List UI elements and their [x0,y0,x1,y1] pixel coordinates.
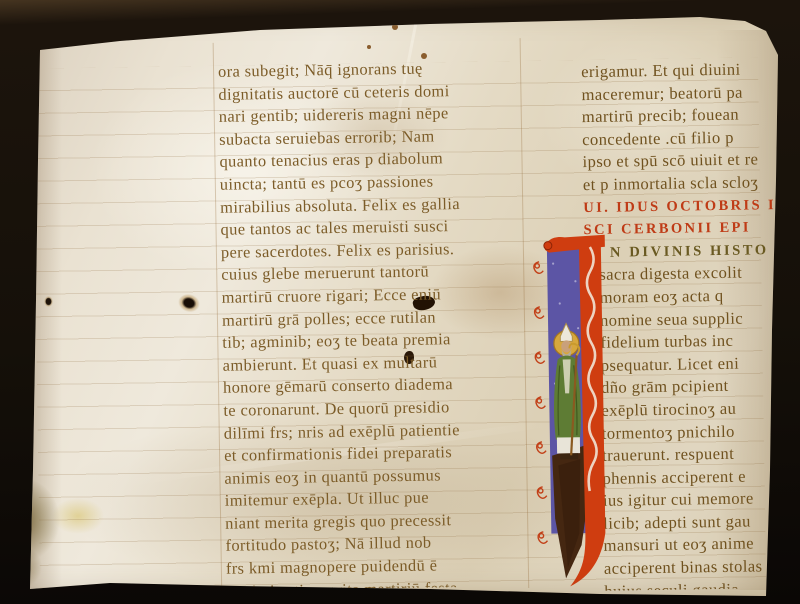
parchment-leaf: ora subegit; Nāq̄ ignorans tuę dignitati… [0,0,800,604]
text-line: acciperent binas stolas [589,555,785,581]
text-line: frs kmi magnopere puidendū ē [226,554,466,580]
text-line: fidelium turbas inc [585,329,781,355]
text-line: maceremur; beatorū pa [581,81,777,107]
text-line: tib; agminib; eoʒ te beata premia [222,328,462,354]
incipit-line: N DIVINIS HISTO [584,239,780,265]
text-line: martirū precib; fouean [582,103,778,129]
text-line: uincta; tantū es pcoʒ passiones [220,170,460,196]
text-line: concedente .cū filio p [582,126,778,152]
alb [557,437,580,453]
illuminated-initial-i [525,233,617,594]
rubric-line: UI. IDUS OCTOBRIS IN [583,194,779,220]
text-line: martirū cruore rigari; Ecce eniū [221,283,461,309]
bishop-saint-illustration [553,323,582,459]
text-line: sacra digesta excolit [584,261,780,287]
text-line: exēplū tirocinoʒ au [586,397,782,423]
text-line: te coronarunt. De quorū presidio [223,396,463,422]
text-line: trauerunt. respuent [587,442,783,468]
text-line: ipso et spū scō uiuit et re [582,148,778,174]
text-line: mansuri ut eoʒ anime [588,532,784,558]
text-line: dño grām pcipient [586,374,782,400]
text-line: phennis acciperent e [587,465,783,491]
text-line: et confirmationis fidei preparatis [224,441,464,467]
penwork-flourish [534,262,548,544]
text-line-clipped: huius seculi gaudia [589,578,785,591]
text-line: tormentoʒ pnichilo [587,420,783,446]
feet [560,453,578,459]
text-line: et p inmortalia scla scloʒ [583,171,779,197]
written-area: ora subegit; Nāq̄ ignorans tuę dignitati… [0,0,800,604]
photo-background: ora subegit; Nāq̄ ignorans tuę dignitati… [0,0,800,604]
left-text-column: ora subegit; Nāq̄ ignorans tuę dignitati… [218,57,466,590]
text-line: nomine seua supplic [585,307,781,333]
rubric-line: SCI CERBONII EPI [583,216,779,242]
text-line: moram eoʒ acta q [585,284,781,310]
text-line: ius igitur cui memore [588,487,784,513]
text-line: licib; adepti sunt gau [588,510,784,536]
text-line: ora subegit; Nāq̄ ignorans tuę [218,57,458,83]
text-line: psequatur. Licet eni [586,352,782,378]
text-line: erigamur. Et qui diuini [581,58,777,84]
